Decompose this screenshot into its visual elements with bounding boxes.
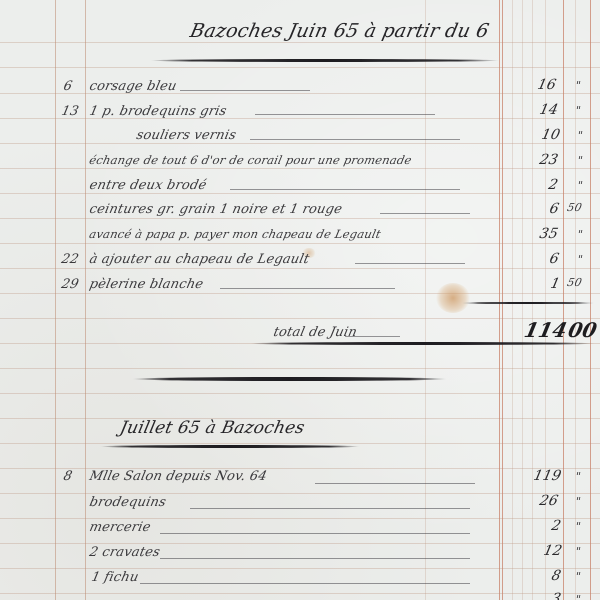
- column-line: [522, 0, 523, 600]
- entry-centimes: ": [574, 495, 582, 508]
- entry-centimes: ": [576, 154, 584, 167]
- total-underline: [250, 342, 595, 345]
- ruling-line: [0, 518, 600, 519]
- entry-centimes: 50: [566, 276, 583, 289]
- fill-line: [180, 90, 310, 91]
- entry-description: brodequins: [88, 495, 167, 510]
- ruling-line: [0, 67, 600, 68]
- entry-description: Mlle Salon depuis Nov. 64: [88, 469, 268, 484]
- entry-description: 2 cravates: [88, 545, 162, 560]
- total-label: total de Juin: [272, 325, 358, 340]
- total-amount: 114: [522, 318, 569, 342]
- entry-francs: 1: [549, 276, 562, 292]
- ruling-line: [0, 493, 600, 494]
- ruling-line: [0, 568, 600, 569]
- entry-centimes: ": [574, 470, 582, 483]
- entry-francs: 119: [532, 468, 563, 484]
- section-heading-june: Bazoches Juin 65 à partir du 6: [188, 20, 491, 42]
- total-cents: 00: [566, 318, 599, 342]
- entry-description: 1 fichu: [90, 570, 140, 585]
- ruling-line: [0, 468, 600, 469]
- entry-description: ...: [92, 592, 108, 600]
- entry-description: corsage bleu: [88, 79, 178, 94]
- entry-centimes: ": [574, 79, 582, 92]
- entry-description: souliers vernis: [135, 128, 238, 143]
- entry-centimes: ": [574, 520, 582, 533]
- entry-francs: 12: [542, 543, 564, 559]
- entry-francs: 26: [538, 493, 560, 509]
- fill-line: [250, 139, 460, 140]
- entry-centimes: ": [576, 228, 584, 241]
- fill-line: [220, 288, 395, 289]
- entry-day: 8: [62, 469, 74, 484]
- entry-centimes: ": [574, 104, 582, 117]
- entry-francs: 6: [548, 201, 561, 217]
- entry-francs: 14: [538, 102, 560, 118]
- fill-line: [140, 583, 470, 584]
- ruling-line: [0, 443, 600, 444]
- entry-description: pèlerine blanche: [88, 277, 205, 292]
- ruling-line: [0, 193, 600, 194]
- entry-description: entre deux brodé: [88, 178, 208, 193]
- heading-underline: [150, 59, 500, 62]
- entry-description: mercerie: [88, 520, 152, 535]
- ledger-page: Bazoches Juin 65 à partir du 6 6 corsage…: [0, 0, 600, 600]
- entry-francs: 10: [540, 127, 562, 143]
- entry-centimes: ": [574, 570, 582, 583]
- entry-francs: 6: [548, 251, 561, 267]
- entry-day: 13: [60, 104, 80, 119]
- entry-description: 1 p. brodequins gris: [88, 104, 228, 119]
- entry-francs: 23: [538, 152, 560, 168]
- cents-column-line: [590, 0, 591, 600]
- entry-centimes: 50: [566, 201, 583, 214]
- amount-column-line: [502, 0, 503, 600]
- fill-line: [160, 558, 470, 559]
- entry-day: 29: [60, 277, 80, 292]
- fill-line: [355, 263, 465, 264]
- entry-description: ceintures gr. grain 1 noire et 1 rouge: [88, 202, 344, 217]
- ruling-line: [0, 393, 600, 394]
- fill-line: [255, 114, 435, 115]
- date-column-line: [85, 0, 86, 600]
- section-separator: [132, 377, 447, 381]
- entry-centimes: ": [576, 179, 584, 192]
- column-line: [425, 0, 426, 600]
- entry-centimes: ": [576, 253, 584, 266]
- margin-line: [55, 0, 56, 600]
- ruling-line: [0, 368, 600, 369]
- ruling-line: [0, 168, 600, 169]
- ruling-line: [0, 42, 600, 43]
- fill-line: [230, 189, 460, 190]
- ruling-line: [0, 543, 600, 544]
- entry-centimes: ": [576, 129, 584, 142]
- entry-day: 22: [60, 252, 80, 267]
- ruling-line: [0, 318, 600, 319]
- ruling-line: [0, 593, 600, 594]
- fill-line: [160, 533, 470, 534]
- ruling-line: [0, 243, 600, 244]
- section-heading-july: Juillet 65 à Bazoches: [118, 418, 306, 438]
- entry-francs: 16: [536, 77, 558, 93]
- entry-centimes: ": [574, 545, 582, 558]
- entry-day: 6: [62, 79, 74, 94]
- entry-francs: 8: [550, 568, 563, 584]
- fill-line: [345, 336, 400, 337]
- ruling-line: [0, 143, 600, 144]
- entry-description: à ajouter au chapeau de Legault: [88, 252, 311, 267]
- fill-line: [380, 213, 470, 214]
- fill-line: [190, 508, 470, 509]
- cents-column-line: [563, 0, 564, 600]
- column-line: [512, 0, 513, 600]
- sum-line: [462, 302, 594, 304]
- ruling-line: [0, 293, 600, 294]
- entry-francs: 35: [538, 226, 560, 242]
- entry-description: échange de tout 6 d'or de corail pour un…: [88, 153, 413, 167]
- column-line: [532, 0, 533, 600]
- entry-francs: 2: [550, 518, 563, 534]
- entry-description: avancé à papa p. payer mon chapeau de Le…: [88, 227, 382, 241]
- amount-column-line: [499, 0, 500, 600]
- ink-stain: [436, 283, 470, 313]
- heading-underline: [100, 445, 360, 448]
- fill-line: [315, 483, 475, 484]
- ruling-line: [0, 268, 600, 269]
- ruling-line: [0, 218, 600, 219]
- entry-francs: 2: [547, 177, 560, 193]
